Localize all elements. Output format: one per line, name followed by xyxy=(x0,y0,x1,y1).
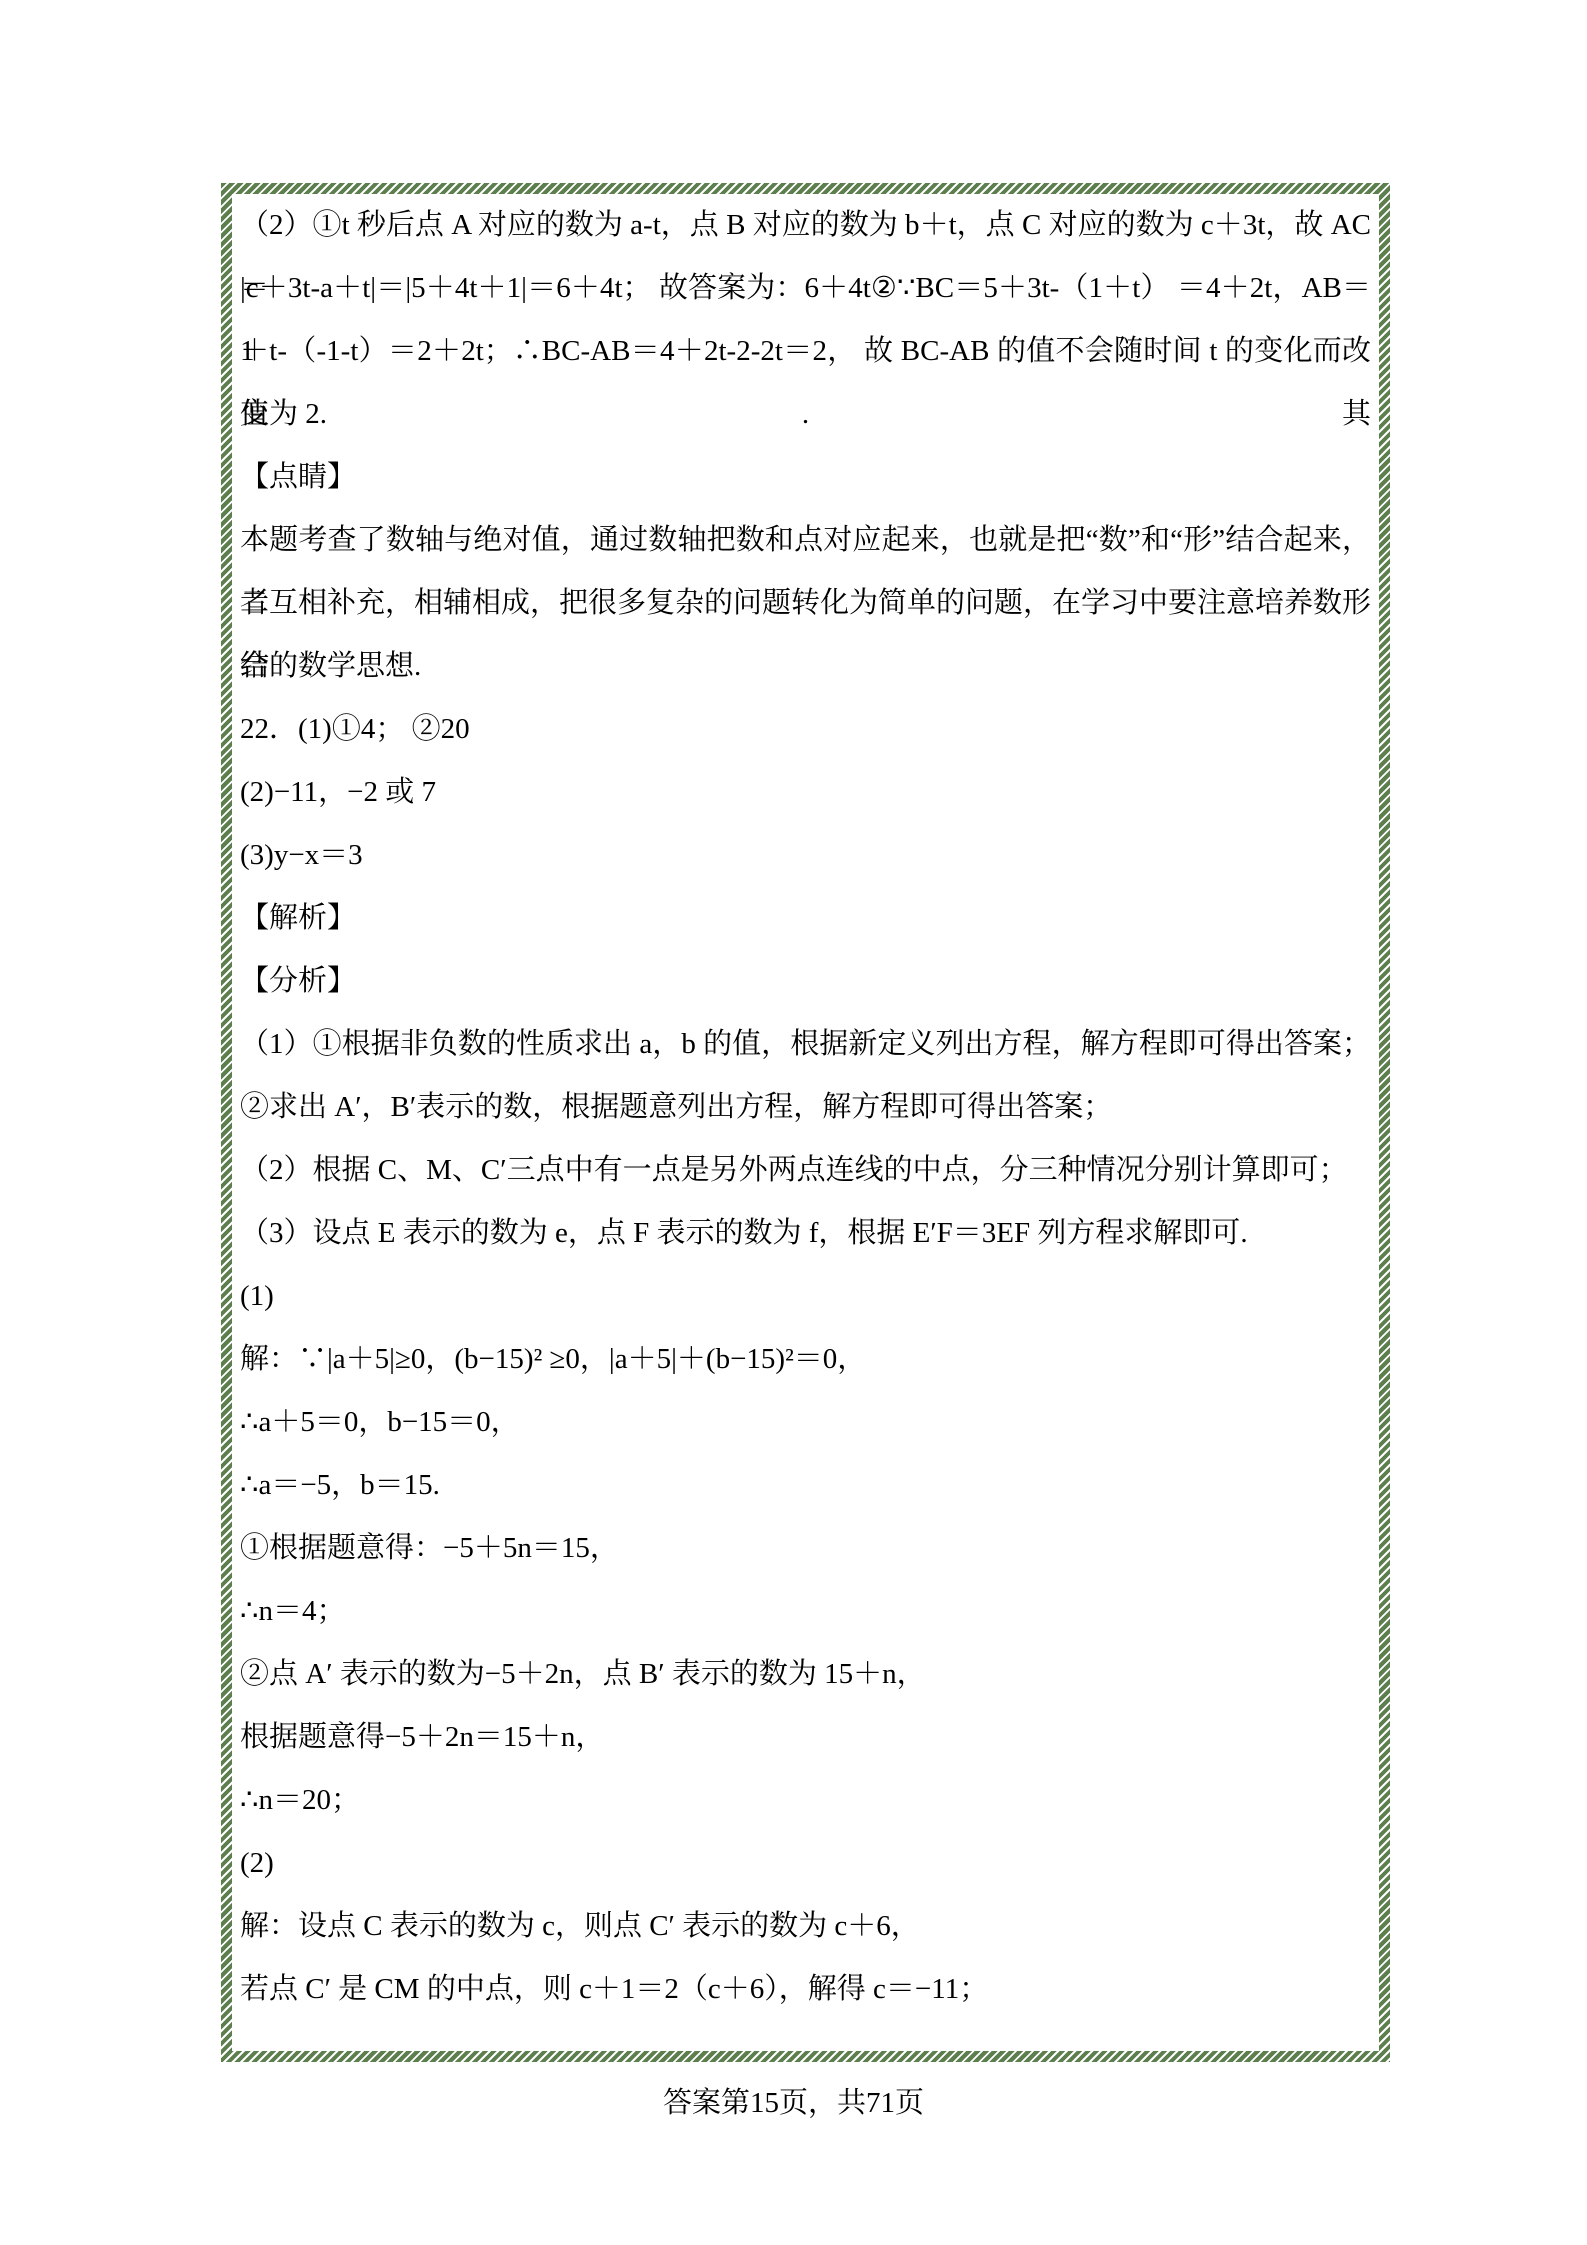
text-line: （1）①根据非负数的性质求出 a，b 的值，根据新定义列出方程，解方程即可得出答… xyxy=(240,1013,1371,1076)
text-line: 解：设点 C 表示的数为 c，则点 C′ 表示的数为 c＋6， xyxy=(240,1895,1371,1958)
text-line: 合的数学思想. xyxy=(240,635,1371,698)
text-line: (2) xyxy=(240,1832,1371,1895)
text-line: ＋t-（-1-t）＝2＋2t；∴BC-AB＝4＋2t-2-2t＝2， 故 BC-… xyxy=(240,320,1371,383)
answer-content-area: （2）①t 秒后点 A 对应的数为 a-t，点 B 对应的数为 b＋t，点 C … xyxy=(232,194,1379,2051)
document-page: （2）①t 秒后点 A 对应的数为 a-t，点 B 对应的数为 b＋t，点 C … xyxy=(0,0,1587,2245)
text-line: ②点 A′ 表示的数为−5＋2n，点 B′ 表示的数为 15＋n， xyxy=(240,1643,1371,1706)
text-line: (2)−11，−2 或 7 xyxy=(240,761,1371,824)
text-line: （2）①t 秒后点 A 对应的数为 a-t，点 B 对应的数为 b＋t，点 C … xyxy=(240,194,1371,257)
text-line: 若点 C′ 是 CM 的中点，则 c＋1＝2（c＋6），解得 c＝−11； xyxy=(240,1958,1371,2021)
text-line: (3)y−x＝3 xyxy=(240,824,1371,887)
decorative-border-frame: （2）①t 秒后点 A 对应的数为 a-t，点 B 对应的数为 b＋t，点 C … xyxy=(221,183,1390,2062)
text-line: ②求出 A′，B′表示的数，根据题意列出方程，解方程即可得出答案； xyxy=(240,1076,1371,1139)
text-line: 【解析】 xyxy=(240,887,1371,950)
text-line: 解：∵|a＋5|≥0，(b−15)² ≥0，|a＋5|＋(b−15)²＝0， xyxy=(240,1328,1371,1391)
text-line: (1) xyxy=(240,1265,1371,1328)
text-line: （3）设点 E 表示的数为 e，点 F 表示的数为 f，根据 E′F＝3EF 列… xyxy=(240,1202,1371,1265)
text-line: |c＋3t-a＋t|＝|5＋4t＋1|＝6＋4t； 故答案为：6＋4t②∵BC＝… xyxy=(240,257,1371,320)
text-line: ∴n＝4； xyxy=(240,1580,1371,1643)
text-line: 22．(1)①4； ②20 xyxy=(240,698,1371,761)
text-line: 【点睛】 xyxy=(240,446,1371,509)
text-line: ①根据题意得：−5＋5n＝15， xyxy=(240,1517,1371,1580)
text-line: 根据题意得−5＋2n＝15＋n， xyxy=(240,1706,1371,1769)
text-line: 【分析】 xyxy=(240,950,1371,1013)
text-line: ∴a＝−5，b＝15. xyxy=(240,1454,1371,1517)
text-line: ∴n＝20； xyxy=(240,1769,1371,1832)
text-line: 本题考查了数轴与绝对值，通过数轴把数和点对应起来，也就是把“数”和“形”结合起来… xyxy=(240,509,1371,572)
text-line: 者互相补充，相辅相成，把很多复杂的问题转化为简单的问题，在学习中要注意培养数形结 xyxy=(240,572,1371,635)
text-line: ∴a＋5＝0，b−15＝0， xyxy=(240,1391,1371,1454)
text-line: （2）根据 C、M、C′三点中有一点是另外两点连线的中点，分三种情况分别计算即可… xyxy=(240,1139,1371,1202)
page-footer: 答案第15页，共71页 xyxy=(0,2078,1587,2128)
